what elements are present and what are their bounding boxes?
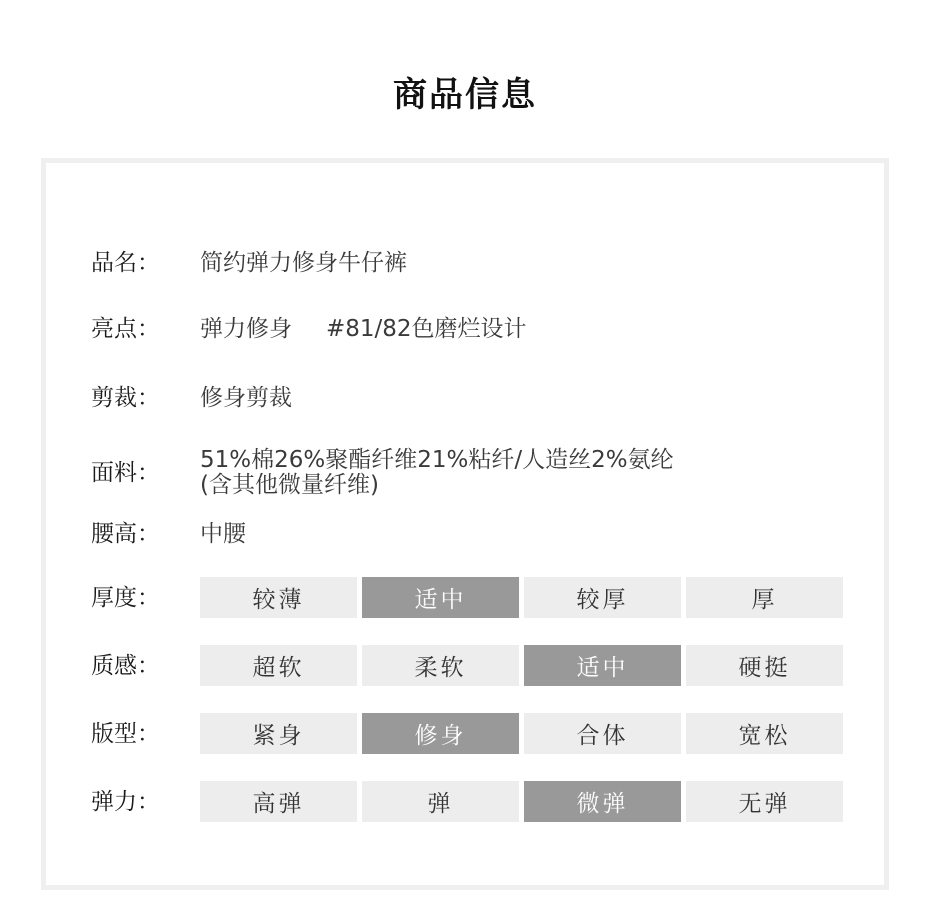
highlight-value: 弹力修身#81/82色磨烂设计 <box>200 313 527 345</box>
cut-value: 修身剪裁 <box>200 382 292 414</box>
thickness-label: 厚度： <box>91 582 200 614</box>
elasticity-option: 弹 <box>362 781 519 822</box>
scale-row-elasticity: 弹力： 高弹 弹 微弹 无弹 <box>91 781 843 822</box>
texture-option: 超软 <box>200 645 357 686</box>
elasticity-option: 无弹 <box>686 781 843 822</box>
fit-option: 紧身 <box>200 713 357 754</box>
scale-row-fit: 版型： 紧身 修身 合体 宽松 <box>91 713 843 754</box>
thickness-option: 较薄 <box>200 577 357 618</box>
elasticity-option: 高弹 <box>200 781 357 822</box>
waist-value: 中腰 <box>200 518 246 550</box>
thickness-options: 较薄 适中 较厚 厚 <box>200 577 843 618</box>
fabric-label: 面料： <box>91 457 200 489</box>
info-row-cut: 剪裁： 修身剪裁 <box>91 382 292 414</box>
highlight-value-b: #81/82色磨烂设计 <box>326 316 527 342</box>
info-row-name: 品名： 简约弹力修身牛仔裤 <box>91 247 407 279</box>
thickness-option: 厚 <box>686 577 843 618</box>
cut-label: 剪裁： <box>91 382 200 414</box>
highlight-label: 亮点： <box>91 313 200 345</box>
scale-row-texture: 质感： 超软 柔软 适中 硬挺 <box>91 645 843 686</box>
fabric-line-2: (含其他微量纤维) <box>200 473 674 498</box>
elasticity-options: 高弹 弹 微弹 无弹 <box>200 781 843 822</box>
name-value: 简约弹力修身牛仔裤 <box>200 247 407 279</box>
scale-row-thickness: 厚度： 较薄 适中 较厚 厚 <box>91 577 843 618</box>
fit-option-selected: 修身 <box>362 713 519 754</box>
thickness-option: 较厚 <box>524 577 681 618</box>
elasticity-label: 弹力： <box>91 786 200 818</box>
highlight-value-a: 弹力修身 <box>200 316 292 342</box>
texture-options: 超软 柔软 适中 硬挺 <box>200 645 843 686</box>
elasticity-option-selected: 微弹 <box>524 781 681 822</box>
texture-option: 柔软 <box>362 645 519 686</box>
thickness-option-selected: 适中 <box>362 577 519 618</box>
texture-option: 硬挺 <box>686 645 843 686</box>
info-row-highlight: 亮点： 弹力修身#81/82色磨烂设计 <box>91 313 527 345</box>
info-row-fabric: 面料： 51%棉26%聚酯纤维21%粘纤/人造丝2%氨纶 (含其他微量纤维) <box>91 448 674 498</box>
texture-option-selected: 适中 <box>524 645 681 686</box>
fabric-line-1: 51%棉26%聚酯纤维21%粘纤/人造丝2%氨纶 <box>200 448 674 473</box>
fabric-value: 51%棉26%聚酯纤维21%粘纤/人造丝2%氨纶 (含其他微量纤维) <box>200 448 674 498</box>
info-row-waist: 腰高： 中腰 <box>91 518 246 550</box>
fit-option: 合体 <box>524 713 681 754</box>
fit-option: 宽松 <box>686 713 843 754</box>
fit-options: 紧身 修身 合体 宽松 <box>200 713 843 754</box>
texture-label: 质感： <box>91 650 200 682</box>
fit-label: 版型： <box>91 718 200 750</box>
page-title: 商品信息 <box>0 70 930 120</box>
waist-label: 腰高： <box>91 518 200 550</box>
name-label: 品名： <box>91 247 200 279</box>
